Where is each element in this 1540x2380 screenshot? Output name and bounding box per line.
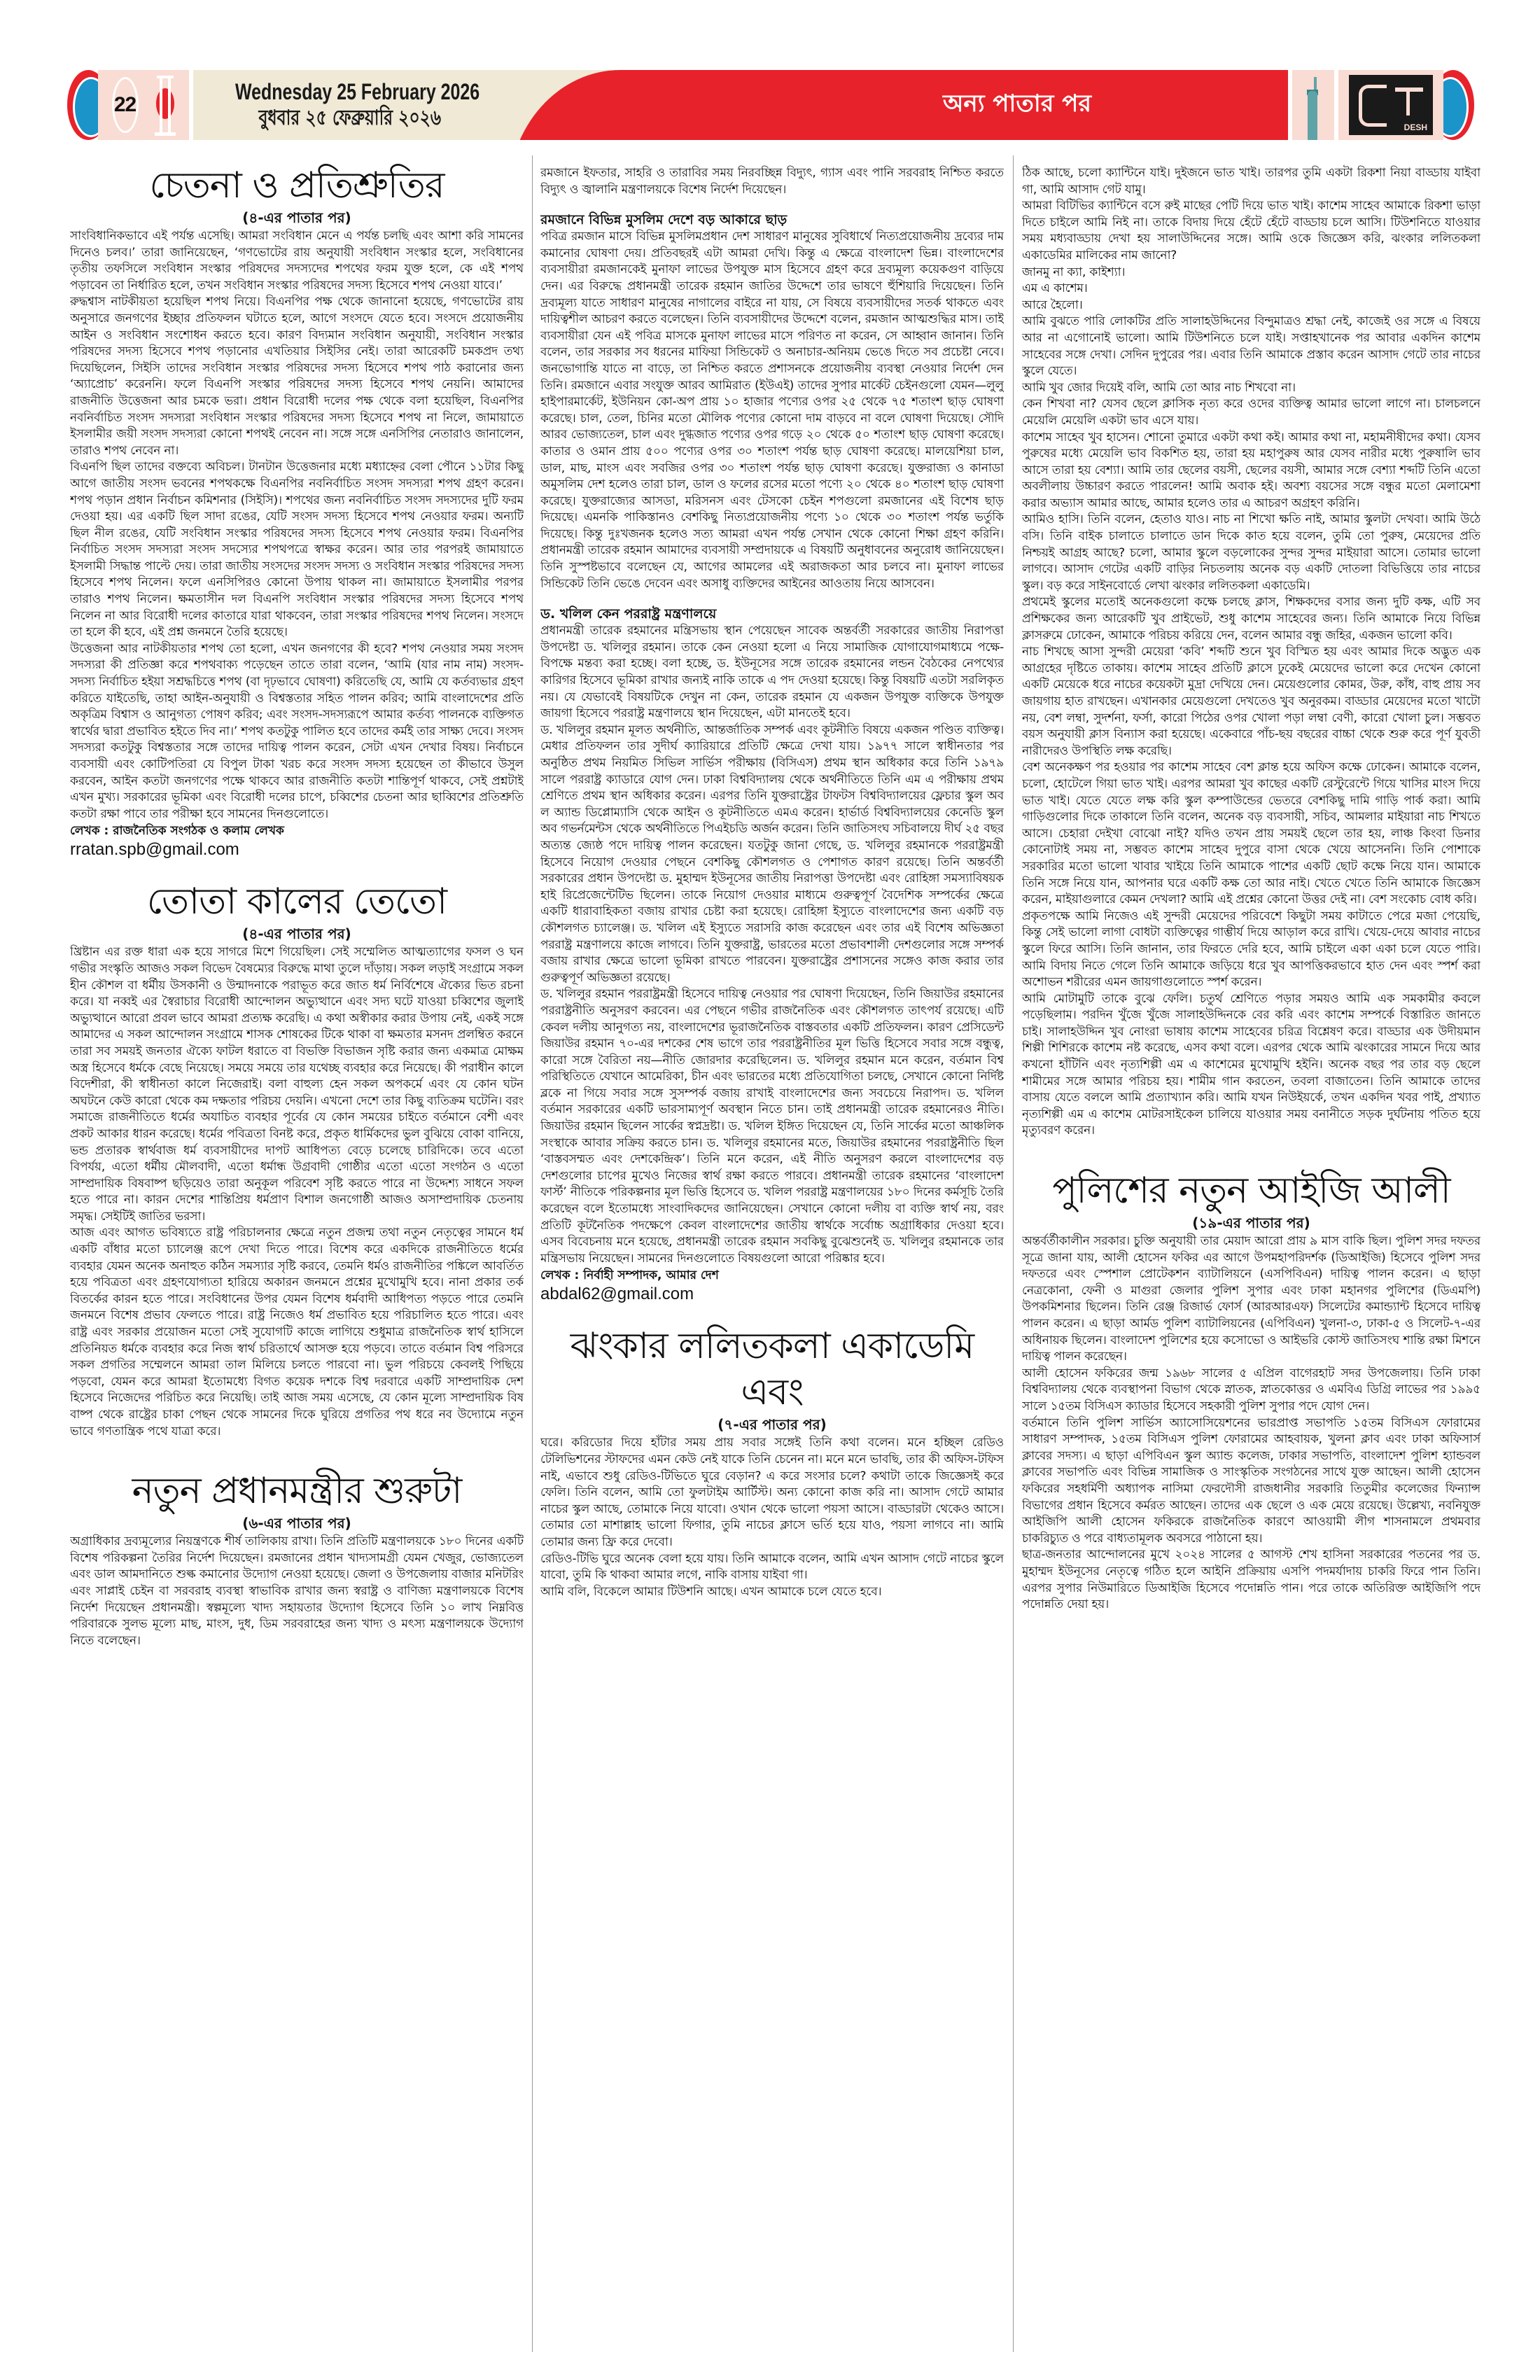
paragraph: আজ এবং আগত ভবিষ্যতে রাষ্ট্র পরিচালনার ক্… (70, 1225, 524, 1440)
paragraph: বেশ অনেকক্ষণ পর হওয়ার পর কাশেম সাহেব বে… (1022, 759, 1480, 908)
masthead-left-cap (67, 70, 98, 140)
paragraph: অগ্রাধিকার দ্রব্যমূল্যের নিয়ন্ত্রণকে শী… (70, 1534, 524, 1649)
paragraph: প্রথমেই স্কুলের মতোই অনেকগুলো কক্ষে চলছে… (1022, 594, 1480, 644)
date-bengali: বুধবার ২৫ ফেব্রুয়ারি ২০২৬ (235, 105, 465, 132)
article-body: অন্তর্বর্তীকালীন সরকার। চুক্তি অনুযায়ী … (1022, 1233, 1480, 1613)
continued-from: (৪-এর পাতার পর) (70, 209, 524, 227)
section-banner: অন্য পাতার পর (746, 70, 1288, 140)
article-chetona: চেতনা ও প্রতিশ্রুতির (৪-এর পাতার পর) সাং… (70, 162, 524, 860)
paragraph: রেডিও-টিভি ঘুরে অনেক বেলা হয়ে যায়। তিন… (540, 1551, 1004, 1584)
section-label: অন্য পাতার পর (943, 85, 1091, 125)
paragraph: আমরা বিটিভির ক্যান্টিনে বসে রুই মাছের পে… (1022, 198, 1480, 264)
article-new-pm-continued: রমজানে ইফতার, সাহরি ও তারাবির সময় নিরবচ… (540, 155, 1004, 1305)
paragraph: ড. খলিলুর রহমান মূলত অর্থনীতি, আন্তর্জাত… (540, 722, 1004, 987)
article-body: রমজানে ইফতার, সাহরি ও তারাবির সময় নিরবচ… (540, 165, 1004, 198)
paragraph: অন্তর্বর্তীকালীন সরকার। চুক্তি অনুযায়ী … (1022, 1233, 1480, 1366)
article-new-pm-start: নতুন প্রধানমন্ত্রীর শুরুটা (৬-এর পাতার প… (70, 1468, 524, 1649)
author-email[interactable]: rratan.spb@gmail.com (70, 839, 524, 860)
column-middle: রমজানে ইফতার, সাহরি ও তারাবির সময় নিরবচ… (540, 155, 1004, 2352)
article-body: অগ্রাধিকার দ্রব্যমূল্যের নিয়ন্ত্রণকে শী… (70, 1534, 524, 1649)
article-headline: পুলিশের নতুন আইজি আলী (1022, 1168, 1480, 1214)
paragraph: প্রকৃতপক্ষে আমি নিজেও এই সুন্দরী মেয়েদে… (1022, 909, 1480, 991)
column-right: ঠিক আছে, চলো ক্যান্টিনে যাই। দুইজনে ভাত … (1022, 155, 1480, 2352)
desh-logo-box: DESH (1338, 70, 1443, 140)
logo-text: DESH (1404, 122, 1427, 132)
shaheed-minar-icon (155, 74, 176, 136)
column-divider (532, 155, 533, 2352)
paragraph: প্রধানমন্ত্রী তারেক রহমানের মন্ত্রিসভায়… (540, 623, 1004, 722)
paragraph: বর্তমানে তিনি পুলিশ সার্ভিস অ্যাসোসিয়েশ… (1022, 1415, 1480, 1548)
paragraph: পবিত্র রমজান মাসে বিভিন্ন মুসলিমপ্রধান দ… (540, 229, 1004, 592)
paragraph: আমি বুঝতে পারি লোকটির প্রতি সালাহউদ্দিনে… (1022, 314, 1480, 379)
paragraph: কাশেম সাহেব খুব হাসেন। শোনো তুমারে একটা … (1022, 430, 1480, 512)
article-tota: তোতা কালের তেতো (৪-এর পাতার পর) খ্রিষ্টা… (70, 878, 524, 1440)
subheading: রমজানে বিভিন্ন মুসলিম দেশে বড় আকারে ছাড… (540, 211, 1004, 229)
article-body: ঠিক আছে, চলো ক্যান্টিনে যাই। দুইজনে ভাত … (1022, 165, 1480, 1140)
author-byline: লেখক : নির্বাহী সম্পাদক, আমার দেশ (540, 1267, 1004, 1284)
date-english: Wednesday 25 February 2026 (235, 78, 465, 105)
continued-from: (৬-এর পাতার পর) (70, 1514, 524, 1532)
article-headline: চেতনা ও প্রতিশ্রুতির (70, 162, 524, 209)
article-body: পবিত্র রমজান মাসে বিভিন্ন মুসলিমপ্রধান দ… (540, 229, 1004, 592)
statue-of-liberty-icon (1292, 70, 1334, 140)
article-body: খ্রিষ্টান এর রক্ত ধারা এক হয়ে সাগরে মিশ… (70, 944, 524, 1440)
masthead-right-cap (1443, 70, 1474, 140)
continued-from: (১৯-এর পাতার পর) (1022, 1214, 1480, 1232)
paragraph: আমিও হাসি। তিনি বলেন, হেতাও যাও। নাচ না … (1022, 512, 1480, 594)
article-headline: তোতা কালের তেতো (70, 878, 524, 925)
paragraph: আলী হোসেন ফকিরের জন্ম ১৯৬৮ সালের ৫ এপ্রি… (1022, 1366, 1480, 1415)
paragraph: কেন শিখবা না? যেসব ছেলে ক্লাসিক নৃত্য কর… (1022, 396, 1480, 429)
paragraph: উত্তেজনা আর নাটকীয়তার শপথ তো হলো, এখন জ… (70, 641, 524, 823)
paragraph: আমি মোটামুটি তাকে বুঝে ফেলি। চতুর্থ শ্রে… (1022, 991, 1480, 1140)
paragraph: বিএনপি ছিল তাদের বক্তব্যে অবিচল। টানটান … (70, 459, 524, 641)
page-number-box: 22 (98, 70, 189, 140)
subheading: ড. খলিল কেন পররাষ্ট্র মন্ত্রণালয়ে (540, 605, 1004, 623)
paragraph: আরে হৈলো। (1022, 297, 1480, 314)
page-masthead: 22 Wednesday 25 February 2026 বুধবার ২৫ … (67, 70, 1474, 140)
author-email[interactable]: abdal62@gmail.com (540, 1284, 1004, 1305)
paragraph: আমি খুব জোর দিয়েই বলি, আমি তো আর নাচ শি… (1022, 380, 1480, 397)
continued-from: (৪-এর পাতার পর) (70, 925, 524, 943)
paragraph: রমজানে ইফতার, সাহরি ও তারাবির সময় নিরবচ… (540, 165, 1004, 198)
paragraph: ড. খলিলুর রহমান পররাষ্ট্রমন্ত্রী হিসেবে … (540, 986, 1004, 1267)
paragraph: নাচ শিখছে আসা সুন্দরী মেয়েরা ‘কবি’ শব্দ… (1022, 644, 1480, 759)
page-number: 22 (112, 77, 139, 133)
article-police-ig: পুলিশের নতুন আইজি আলী (১৯-এর পাতার পর) অ… (1022, 1168, 1480, 1613)
article-jhankar-continued: ঠিক আছে, চলো ক্যান্টিনে যাই। দুইজনে ভাত … (1022, 155, 1480, 1140)
paragraph: রুদ্ধশ্বাস নাটকীয়তা হয়েছিল শপথ নিয়ে। … (70, 294, 524, 459)
article-body: প্রধানমন্ত্রী তারেক রহমানের মন্ত্রিসভায়… (540, 623, 1004, 1267)
column-left: চেতনা ও প্রতিশ্রুতির (৪-এর পাতার পর) সাং… (70, 155, 524, 2352)
paragraph: এম এ কাশেম। (1022, 281, 1480, 297)
date-box: Wednesday 25 February 2026 বুধবার ২৫ ফেব… (193, 70, 746, 140)
article-body: সাংবিধানিকভাবে এই পর্যন্ত এসেছি। আমরা সং… (70, 228, 524, 822)
continued-from: (৭-এর পাতার পর) (540, 1415, 1004, 1434)
decorative-curve (508, 70, 746, 140)
paragraph: ঠিক আছে, চলো ক্যান্টিনে যাই। দুইজনে ভাত … (1022, 165, 1480, 198)
column-divider (1013, 155, 1014, 2352)
paragraph: ঘরে। করিডোর দিয়ে হাঁটার সময় প্রায় সবা… (540, 1435, 1004, 1550)
paragraph: জানমু না ক্যা, কাইশ্যা। (1022, 265, 1480, 281)
desh-logo: DESH (1349, 75, 1433, 135)
author-byline: লেখক : রাজনৈতিক সংগঠক ও কলাম লেখক (70, 822, 524, 839)
article-jhankar: ঝংকার ললিতকলা একাডেমি এবং (৭-এর পাতার পর… (540, 1323, 1004, 1600)
paragraph: সাংবিধানিকভাবে এই পর্যন্ত এসেছি। আমরা সং… (70, 228, 524, 294)
article-body: ঘরে। করিডোর দিয়ে হাঁটার সময় প্রায় সবা… (540, 1435, 1004, 1600)
paragraph: আমি বলি, বিকেলে আমার টিউশনি আছে। এখন আমা… (540, 1584, 1004, 1601)
article-headline: নতুন প্রধানমন্ত্রীর শুরুটা (70, 1468, 524, 1514)
paragraph: খ্রিষ্টান এর রক্ত ধারা এক হয়ে সাগরে মিশ… (70, 944, 524, 1225)
paragraph: ছাত্র-জনতার আন্দোলনের মুখে ২০২৪ সালের ৫ … (1022, 1547, 1480, 1613)
article-headline: ঝংকার ললিতকলা একাডেমি এবং (540, 1323, 1004, 1415)
